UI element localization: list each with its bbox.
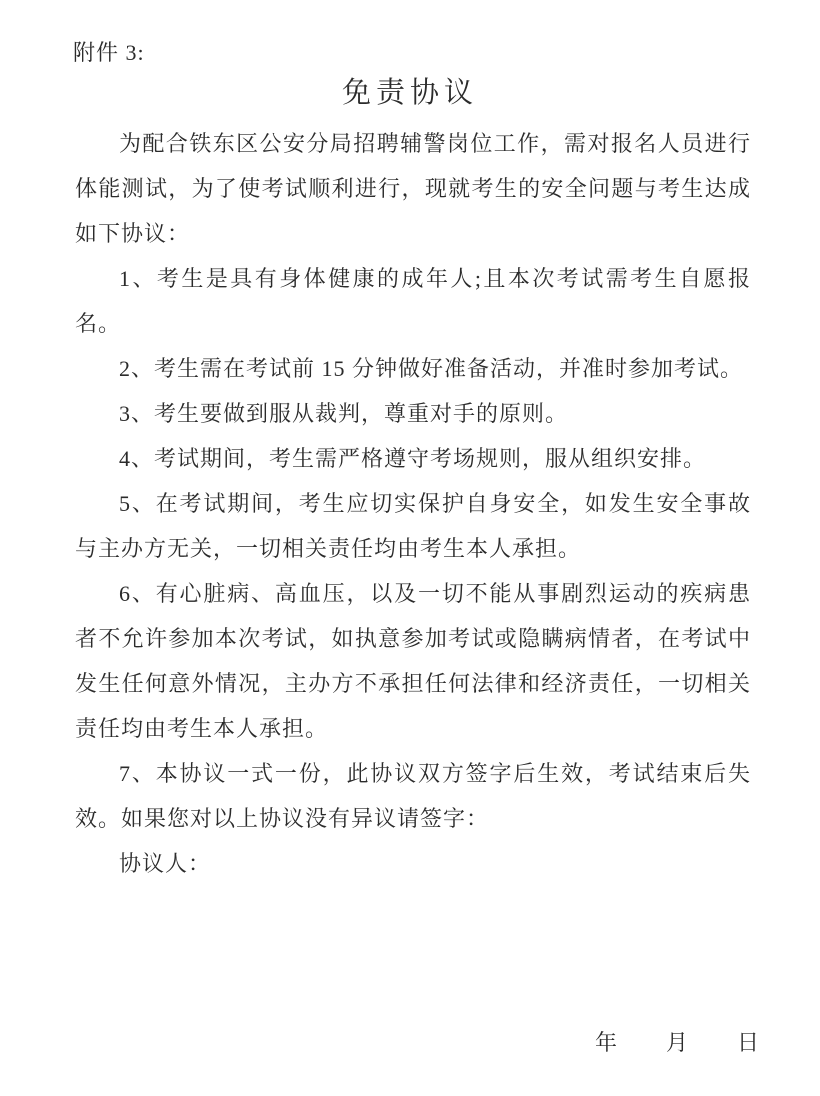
intro-line-2: 体能测试，为了使考试顺利进行，现就考生的安全问题与考生达成	[75, 166, 751, 211]
item-6-line-1: 6、有心脏病、高血压，以及一切不能从事剧烈运动的疾病患	[75, 571, 751, 616]
item-1-line-2: 名。	[75, 301, 751, 346]
document-body: 为配合铁东区公安分局招聘辅警岗位工作，需对报名人员进行 体能测试，为了使考试顺利…	[75, 121, 751, 886]
intro-line-1: 为配合铁东区公安分局招聘辅警岗位工作，需对报名人员进行	[75, 121, 751, 166]
item-5-line-2: 与主办方无关，一切相关责任均由考生本人承担。	[75, 526, 751, 571]
month-label: 月	[666, 1028, 688, 1058]
item-6-line-2: 者不允许参加本次考试，如执意参加考试或隐瞒病情者，在考试中	[75, 616, 751, 661]
item-6-line-3: 发生任何意外情况，主办方不承担任何法律和经济责任，一切相关	[75, 661, 751, 706]
item-5-line-1: 5、在考试期间，考生应切实保护自身安全，如发生安全事故	[75, 481, 751, 526]
date-line: 年 月 日	[595, 1028, 759, 1058]
item-7-line-2: 效。如果您对以上协议没有异议请签字：	[75, 796, 751, 841]
item-2-line: 2、考生需在考试前 15 分钟做好准备活动，并准时参加考试。	[75, 346, 751, 391]
item-4-line: 4、考试期间，考生需严格遵守考场规则，服从组织安排。	[75, 436, 751, 481]
year-label: 年	[595, 1028, 617, 1058]
intro-line-3: 如下协议：	[75, 211, 751, 256]
document-title: 免责协议	[0, 73, 820, 113]
item-1-line-1: 1、考生是具有身体健康的成年人;且本次考试需考生自愿报	[75, 256, 751, 301]
item-7-line-1: 7、本协议一式一份，此协议双方签字后生效，考试结束后失	[75, 751, 751, 796]
item-3-line: 3、考生要做到服从裁判，尊重对手的原则。	[75, 391, 751, 436]
signer-label: 协议人：	[75, 841, 751, 886]
day-label: 日	[737, 1028, 759, 1058]
attachment-label: 附件 3:	[73, 38, 820, 68]
item-6-line-4: 责任均由考生本人承担。	[75, 706, 751, 751]
document-page: 附件 3: 免责协议 为配合铁东区公安分局招聘辅警岗位工作，需对报名人员进行 体…	[0, 0, 820, 1096]
